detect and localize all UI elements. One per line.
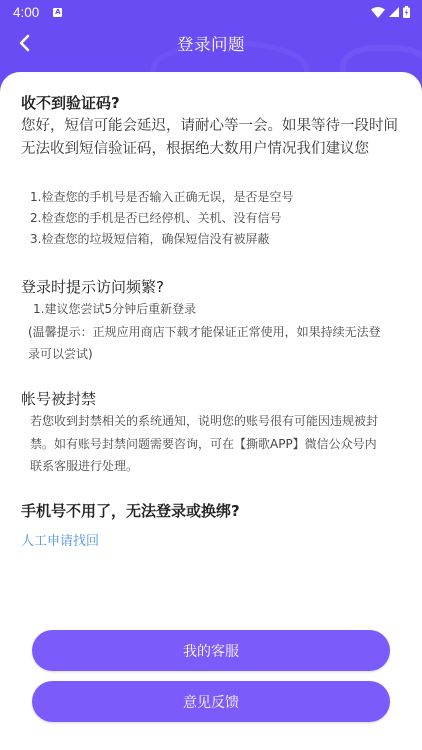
status-bar: 4:00 A <box>0 0 422 24</box>
nav-bar: 登录问题 <box>0 24 422 62</box>
banned-line3: 联系客服进行处理。 <box>30 456 138 477</box>
back-button[interactable] <box>10 29 38 57</box>
section-title-banned: 帐号被封禁 <box>21 388 96 409</box>
banned-line1: 若您收到封禁相关的系统通知，说明您的账号很有可能因违规被封 <box>30 411 378 432</box>
a-icon: A <box>53 8 62 17</box>
wifi-icon <box>371 7 385 18</box>
list-item: 3.检查您的垃圾短信箱，确保短信没有被屏蔽 <box>30 229 293 250</box>
frequent-item: 1.建议您尝试5分钟后重新登录 <box>33 299 196 320</box>
feedback-button[interactable]: 意见反馈 <box>32 681 390 722</box>
customer-service-button[interactable]: 我的客服 <box>32 630 390 671</box>
no-code-list: 1.检查您的手机号是否输入正确无误，是否是空号 2.检查您的手机是否已经停机、关… <box>30 187 293 250</box>
frequent-tip-line2: 录可以尝试) <box>28 344 93 365</box>
status-icons <box>371 6 410 18</box>
status-time: 4:00 <box>13 5 39 20</box>
section-title-phone-unused: 手机号不用了，无法登录或换绑? <box>21 500 240 521</box>
page-title: 登录问题 <box>177 31 245 55</box>
banned-line2: 禁。如有账号封禁问题需要咨询，可在【撕歌APP】微信公众号内 <box>30 434 377 455</box>
chevron-left-icon <box>18 34 30 52</box>
no-code-intro-line1: 您好，短信可能会延迟，请耐心等一会。如果等待一段时间 <box>21 115 398 138</box>
no-code-intro-line2: 无法收到短信验证码，根据绝大数用户情况我们建议您 <box>21 138 369 161</box>
battery-charging-icon <box>403 6 410 18</box>
content-card: 收不到验证码? 您好，短信可能会延迟，请耐心等一会。如果等待一段时间 无法收到短… <box>0 72 422 750</box>
section-title-no-code: 收不到验证码? <box>21 92 120 113</box>
list-item: 2.检查您的手机是否已经停机、关机、没有信号 <box>30 208 293 229</box>
list-item: 1.检查您的手机号是否输入正确无误，是否是空号 <box>30 187 293 208</box>
manual-recovery-link[interactable]: 人工申请找回 <box>21 530 99 549</box>
section-title-frequent: 登录时提示访问频繁? <box>21 276 164 297</box>
frequent-tip-line1: (温馨提示：正规应用商店下载才能保证正常使用，如果持续无法登 <box>28 322 381 343</box>
signal-icon <box>389 7 399 17</box>
